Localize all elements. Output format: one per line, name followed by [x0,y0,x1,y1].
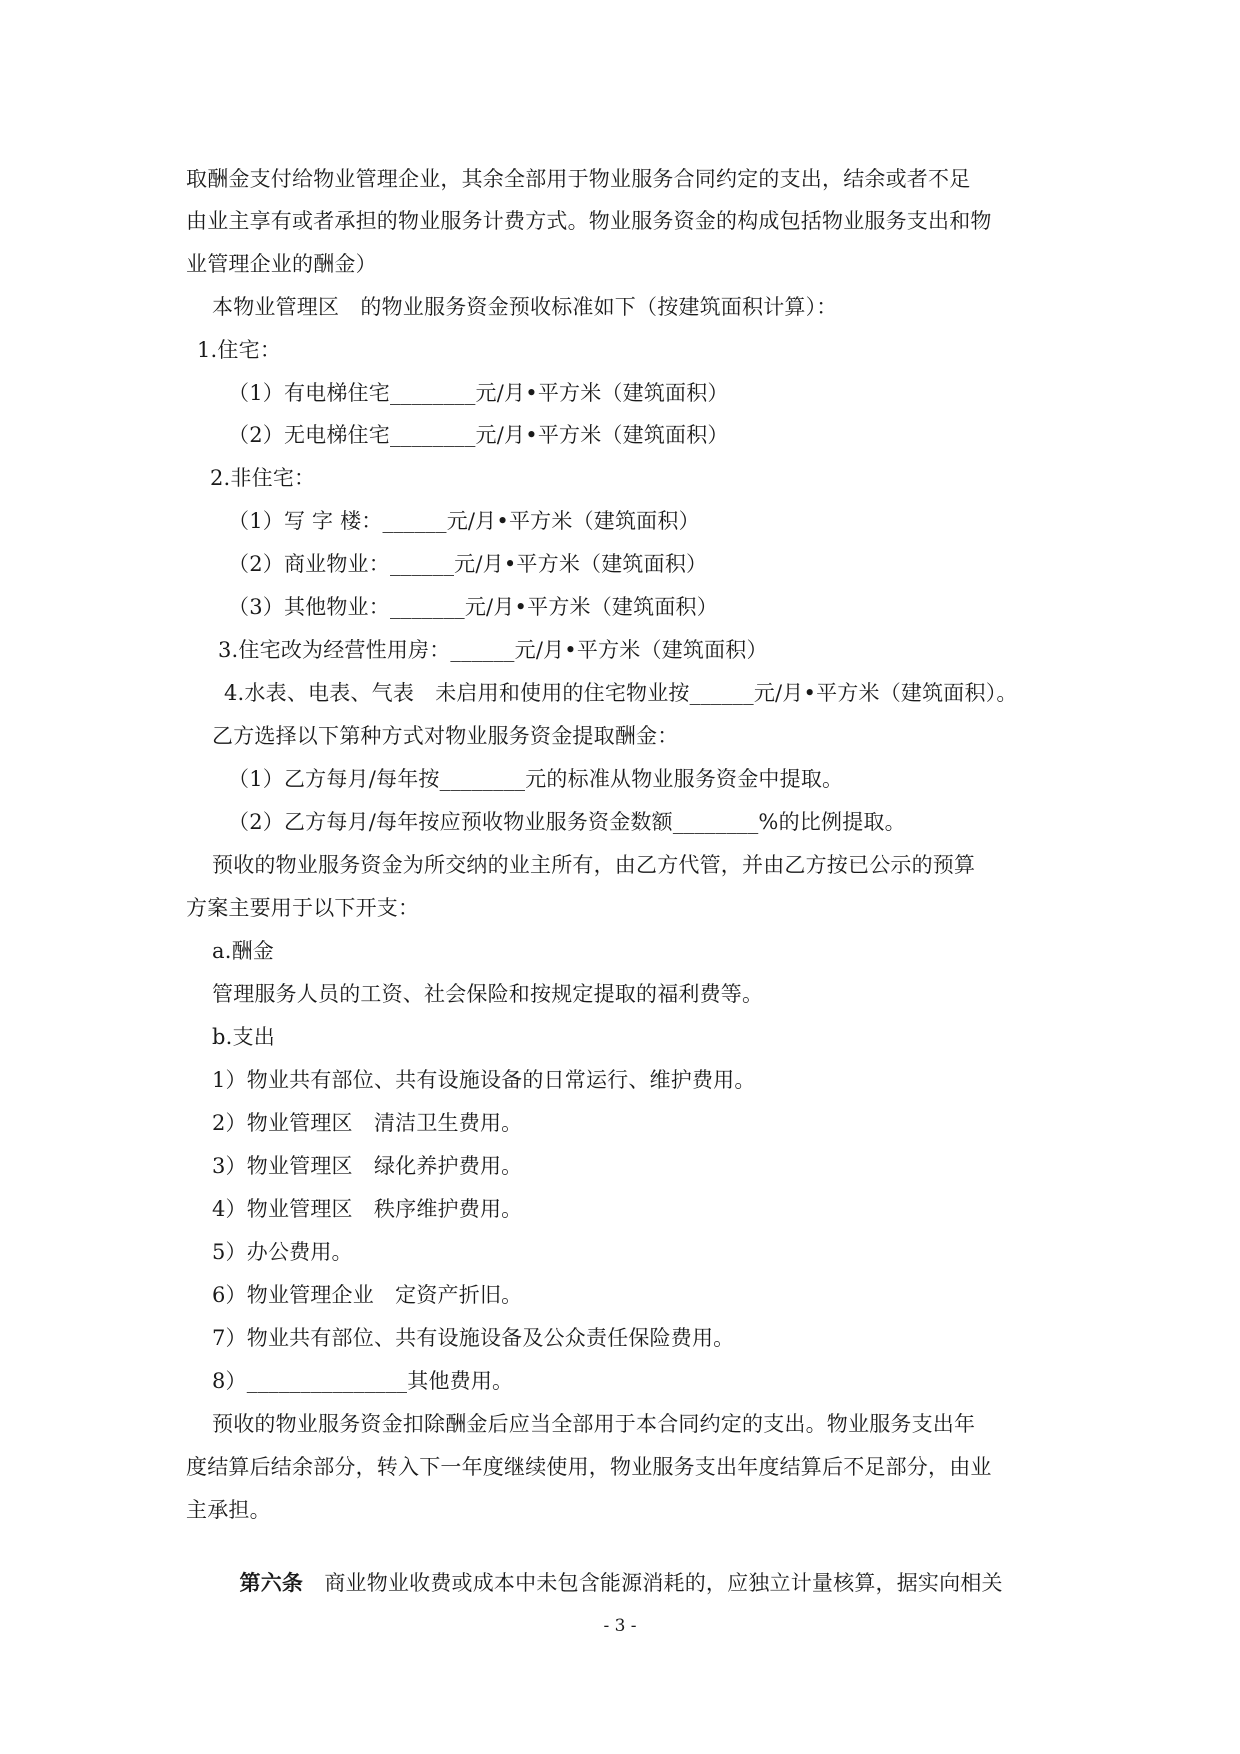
text-line: 2.非住宅： [210,463,315,493]
text-line: 业管理企业的酬金） [186,249,377,279]
text-line: 3）物业管理区 绿化养护费用。 [212,1151,522,1181]
text-line: 1）物业共有部位、共有设施设备的日常运行、维护费用。 [212,1065,756,1095]
text-line: 4）物业管理区 秩序维护费用。 [212,1194,522,1224]
text-line: 7）物业共有部位、共有设施设备及公众责任保险费用。 [212,1323,734,1353]
text-line: 乙方选择以下第种方式对物业服务资金提取酬金： [212,721,678,751]
text-line: （2）商业物业：______元/月•平方米（建筑面积） [228,549,707,579]
page-number: - 3 - [0,1614,1240,1638]
text-line: 度结算后结余部分，转入下一年度继续使用，物业服务支出年度结算后不足部分，由业 [186,1452,992,1482]
text-line: 6）物业管理企业 定资产折旧。 [212,1280,522,1310]
text-line: 5）办公费用。 [212,1237,353,1267]
text-line: 4.水表、电表、气表 未启用和使用的住宅物业按______元/月•平方米（建筑面… [224,678,1018,708]
text-line: 本物业管理区 的物业服务资金预收标准如下（按建筑面积计算）： [212,292,838,322]
text-line: 方案主要用于以下开支： [186,893,419,923]
text-line: 由业主享有或者承担的物业服务计费方式。物业服务资金的构成包括物业服务支出和物 [186,206,992,236]
article-text: 商业物业收费或成本中未包含能源消耗的，应独立计量核算，据实向相关 [303,1571,1003,1595]
text-line: （1）写 字 楼：______元/月•平方米（建筑面积） [228,506,700,536]
text-line: （2）乙方每月/每年按应预收物业服务资金数额________%的比例提取。 [228,807,906,837]
text-line: 2）物业管理区 清洁卫生费用。 [212,1108,522,1138]
text-line: （1）乙方每月/每年按________元的标准从物业服务资金中提取。 [228,764,843,794]
text-line: 3.住宅改为经营性用房：______元/月•平方米（建筑面积） [218,635,768,665]
article-heading: 第六条 [240,1570,304,1595]
text-line: a.酬金 [212,936,274,966]
text-line: b.支出 [212,1022,275,1052]
text-line: 8）_______________其他费用。 [212,1366,513,1396]
text-line: 取酬金支付给物业管理企业，其余全部用于物业服务合同约定的支出，结余或者不足 [186,164,970,194]
text-line: （1）有电梯住宅________元/月•平方米（建筑面积） [228,378,729,408]
document-page: 取酬金支付给物业管理企业，其余全部用于物业服务合同约定的支出，结余或者不足由业主… [0,0,1240,1754]
text-line: 管理服务人员的工资、社会保险和按规定提取的福利费等。 [212,979,763,1009]
text-line: 预收的物业服务资金扣除酬金后应当全部用于本合同约定的支出。物业服务支出年 [212,1409,975,1439]
text-line: 1.住宅： [197,335,281,365]
text-line: （3）其他物业：_______元/月•平方米（建筑面积） [228,592,718,622]
text-line: （2）无电梯住宅________元/月•平方米（建筑面积） [228,420,729,450]
text-line: 预收的物业服务资金为所交纳的业主所有，由乙方代管，并由乙方按已公示的预算 [212,850,975,880]
text-line: 主承担。 [186,1495,271,1525]
